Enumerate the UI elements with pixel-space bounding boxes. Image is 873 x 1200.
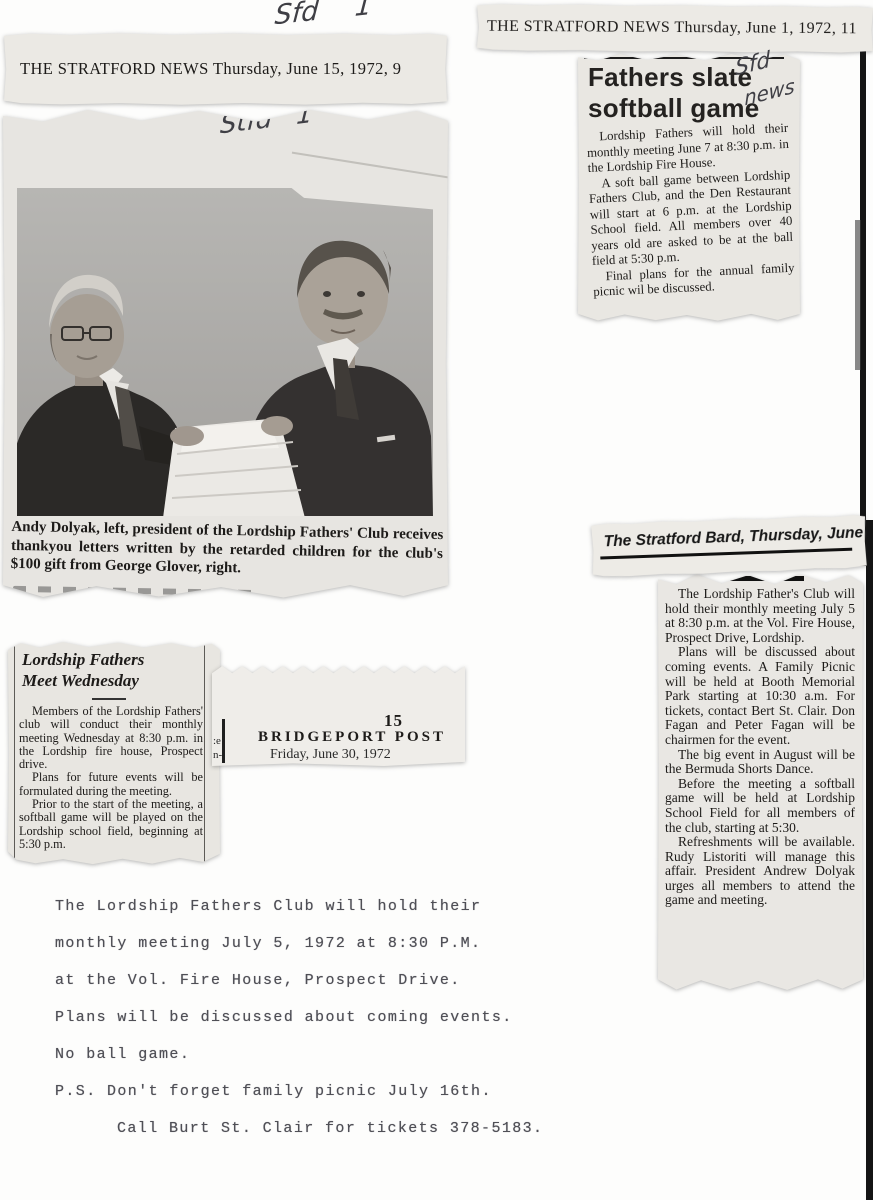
meet-wednesday-headline-line2: Meet Wednesday bbox=[22, 670, 144, 691]
typewritten-line: monthly meeting July 5, 1972 at 8:30 P.M… bbox=[55, 935, 575, 972]
meet-wednesday-paragraph: Members of the Lordship Fathers' club wi… bbox=[19, 705, 203, 771]
meet-wednesday-clipping: Lordship Fathers Meet Wednesday Members … bbox=[8, 641, 220, 865]
typewritten-note: The Lordship Fathers Club will hold thei… bbox=[55, 898, 575, 1157]
bard-masthead-text: The Stratford Bard, Thursday, June 29, 1… bbox=[603, 522, 873, 551]
bard-masthead-clipping: The Stratford Bard, Thursday, June 29, 1… bbox=[591, 514, 867, 578]
masthead-clipping-june1: THE STRATFORD NEWS Thursday, June 1, 197… bbox=[477, 4, 873, 54]
bridgeport-date: Friday, June 30, 1972 bbox=[270, 747, 391, 763]
softball-paragraph: A soft ball game between Lordship Father… bbox=[588, 167, 794, 269]
masthead-clipping-june15: THE STRATFORD NEWS Thursday, June 15, 19… bbox=[4, 33, 447, 105]
meet-wednesday-headline-line1: Lordship Fathers bbox=[22, 649, 144, 670]
masthead-june15-text: THE STRATFORD NEWS Thursday, June 15, 19… bbox=[20, 59, 401, 79]
photo-caption: Andy Dolyak, left, president of the Lord… bbox=[11, 518, 444, 582]
typewritten-line: The Lordship Fathers Club will hold thei… bbox=[55, 898, 575, 935]
photo-clipping: Stfd 1 bbox=[3, 106, 448, 600]
softball-headline-line1: Fathers slate bbox=[588, 62, 760, 93]
bard-paragraph: The big event in August will be the Berm… bbox=[665, 748, 855, 777]
edge-text-fragment-2: n- bbox=[213, 749, 222, 761]
scrapbook-scan-page: Sfd 1 THE STRATFORD NEWS Thursday, June … bbox=[0, 0, 873, 1200]
bard-paragraph: The Lordship Father's Club will hold the… bbox=[665, 587, 855, 645]
article-divider-bar bbox=[720, 576, 804, 581]
column-rule-right bbox=[204, 641, 205, 865]
meet-wednesday-headline: Lordship Fathers Meet Wednesday bbox=[22, 649, 144, 691]
margin-tick-mark bbox=[222, 719, 225, 763]
typewritten-line-indented: Call Burt St. Clair for tickets 378-5183… bbox=[55, 1120, 575, 1157]
softball-headline: Fathers slate softball game bbox=[588, 62, 760, 124]
masthead-june1-text: THE STRATFORD NEWS Thursday, June 1, 197… bbox=[487, 18, 857, 39]
meet-wednesday-body: Members of the Lordship Fathers' club wi… bbox=[19, 705, 203, 851]
scan-edge-strip-lower bbox=[866, 520, 873, 1200]
typewritten-line: Plans will be discussed about coming eve… bbox=[55, 1009, 575, 1046]
scan-edge-shadow bbox=[855, 220, 861, 370]
bridgeport-name: BRIDGEPORT POST bbox=[258, 729, 446, 746]
headline-divider bbox=[92, 698, 126, 700]
bridgeport-post-clipping: :e n- 15 BRIDGEPORT POST Friday, June 30… bbox=[212, 663, 465, 766]
typewritten-line: at the Vol. Fire House, Prospect Drive. bbox=[55, 972, 575, 1009]
bard-article-body: The Lordship Father's Club will hold the… bbox=[665, 587, 855, 908]
bridgeport-page-number: 15 bbox=[384, 711, 403, 731]
paper-crease bbox=[292, 152, 448, 179]
edge-text-fragment-1: :e bbox=[213, 735, 221, 747]
bard-paragraph: Refreshments will be available. Rudy Lis… bbox=[665, 835, 855, 908]
bard-paragraph: Before the meeting a softball game will … bbox=[665, 777, 855, 835]
bard-article-clipping: The Lordship Father's Club will hold the… bbox=[658, 571, 863, 992]
photo-letters-paper bbox=[163, 416, 305, 516]
news-photo bbox=[17, 188, 433, 516]
bard-paragraph: Plans will be discussed about coming eve… bbox=[665, 645, 855, 747]
column-rule-left bbox=[14, 641, 15, 865]
softball-article-body: Lordship Fathers will hold their monthly… bbox=[586, 121, 796, 300]
cut-off-text-fragment bbox=[13, 586, 263, 596]
handwritten-annotation-top: Sfd 1 bbox=[274, 0, 373, 31]
typewritten-line: No ball game. bbox=[55, 1046, 575, 1083]
meet-wednesday-paragraph: Plans for future events will be formulat… bbox=[19, 771, 203, 798]
typewritten-line: P.S. Don't forget family picnic July 16t… bbox=[55, 1083, 575, 1120]
softball-headline-line2: softball game bbox=[588, 93, 760, 124]
meet-wednesday-paragraph: Prior to the start of the meeting, a sof… bbox=[19, 798, 203, 851]
